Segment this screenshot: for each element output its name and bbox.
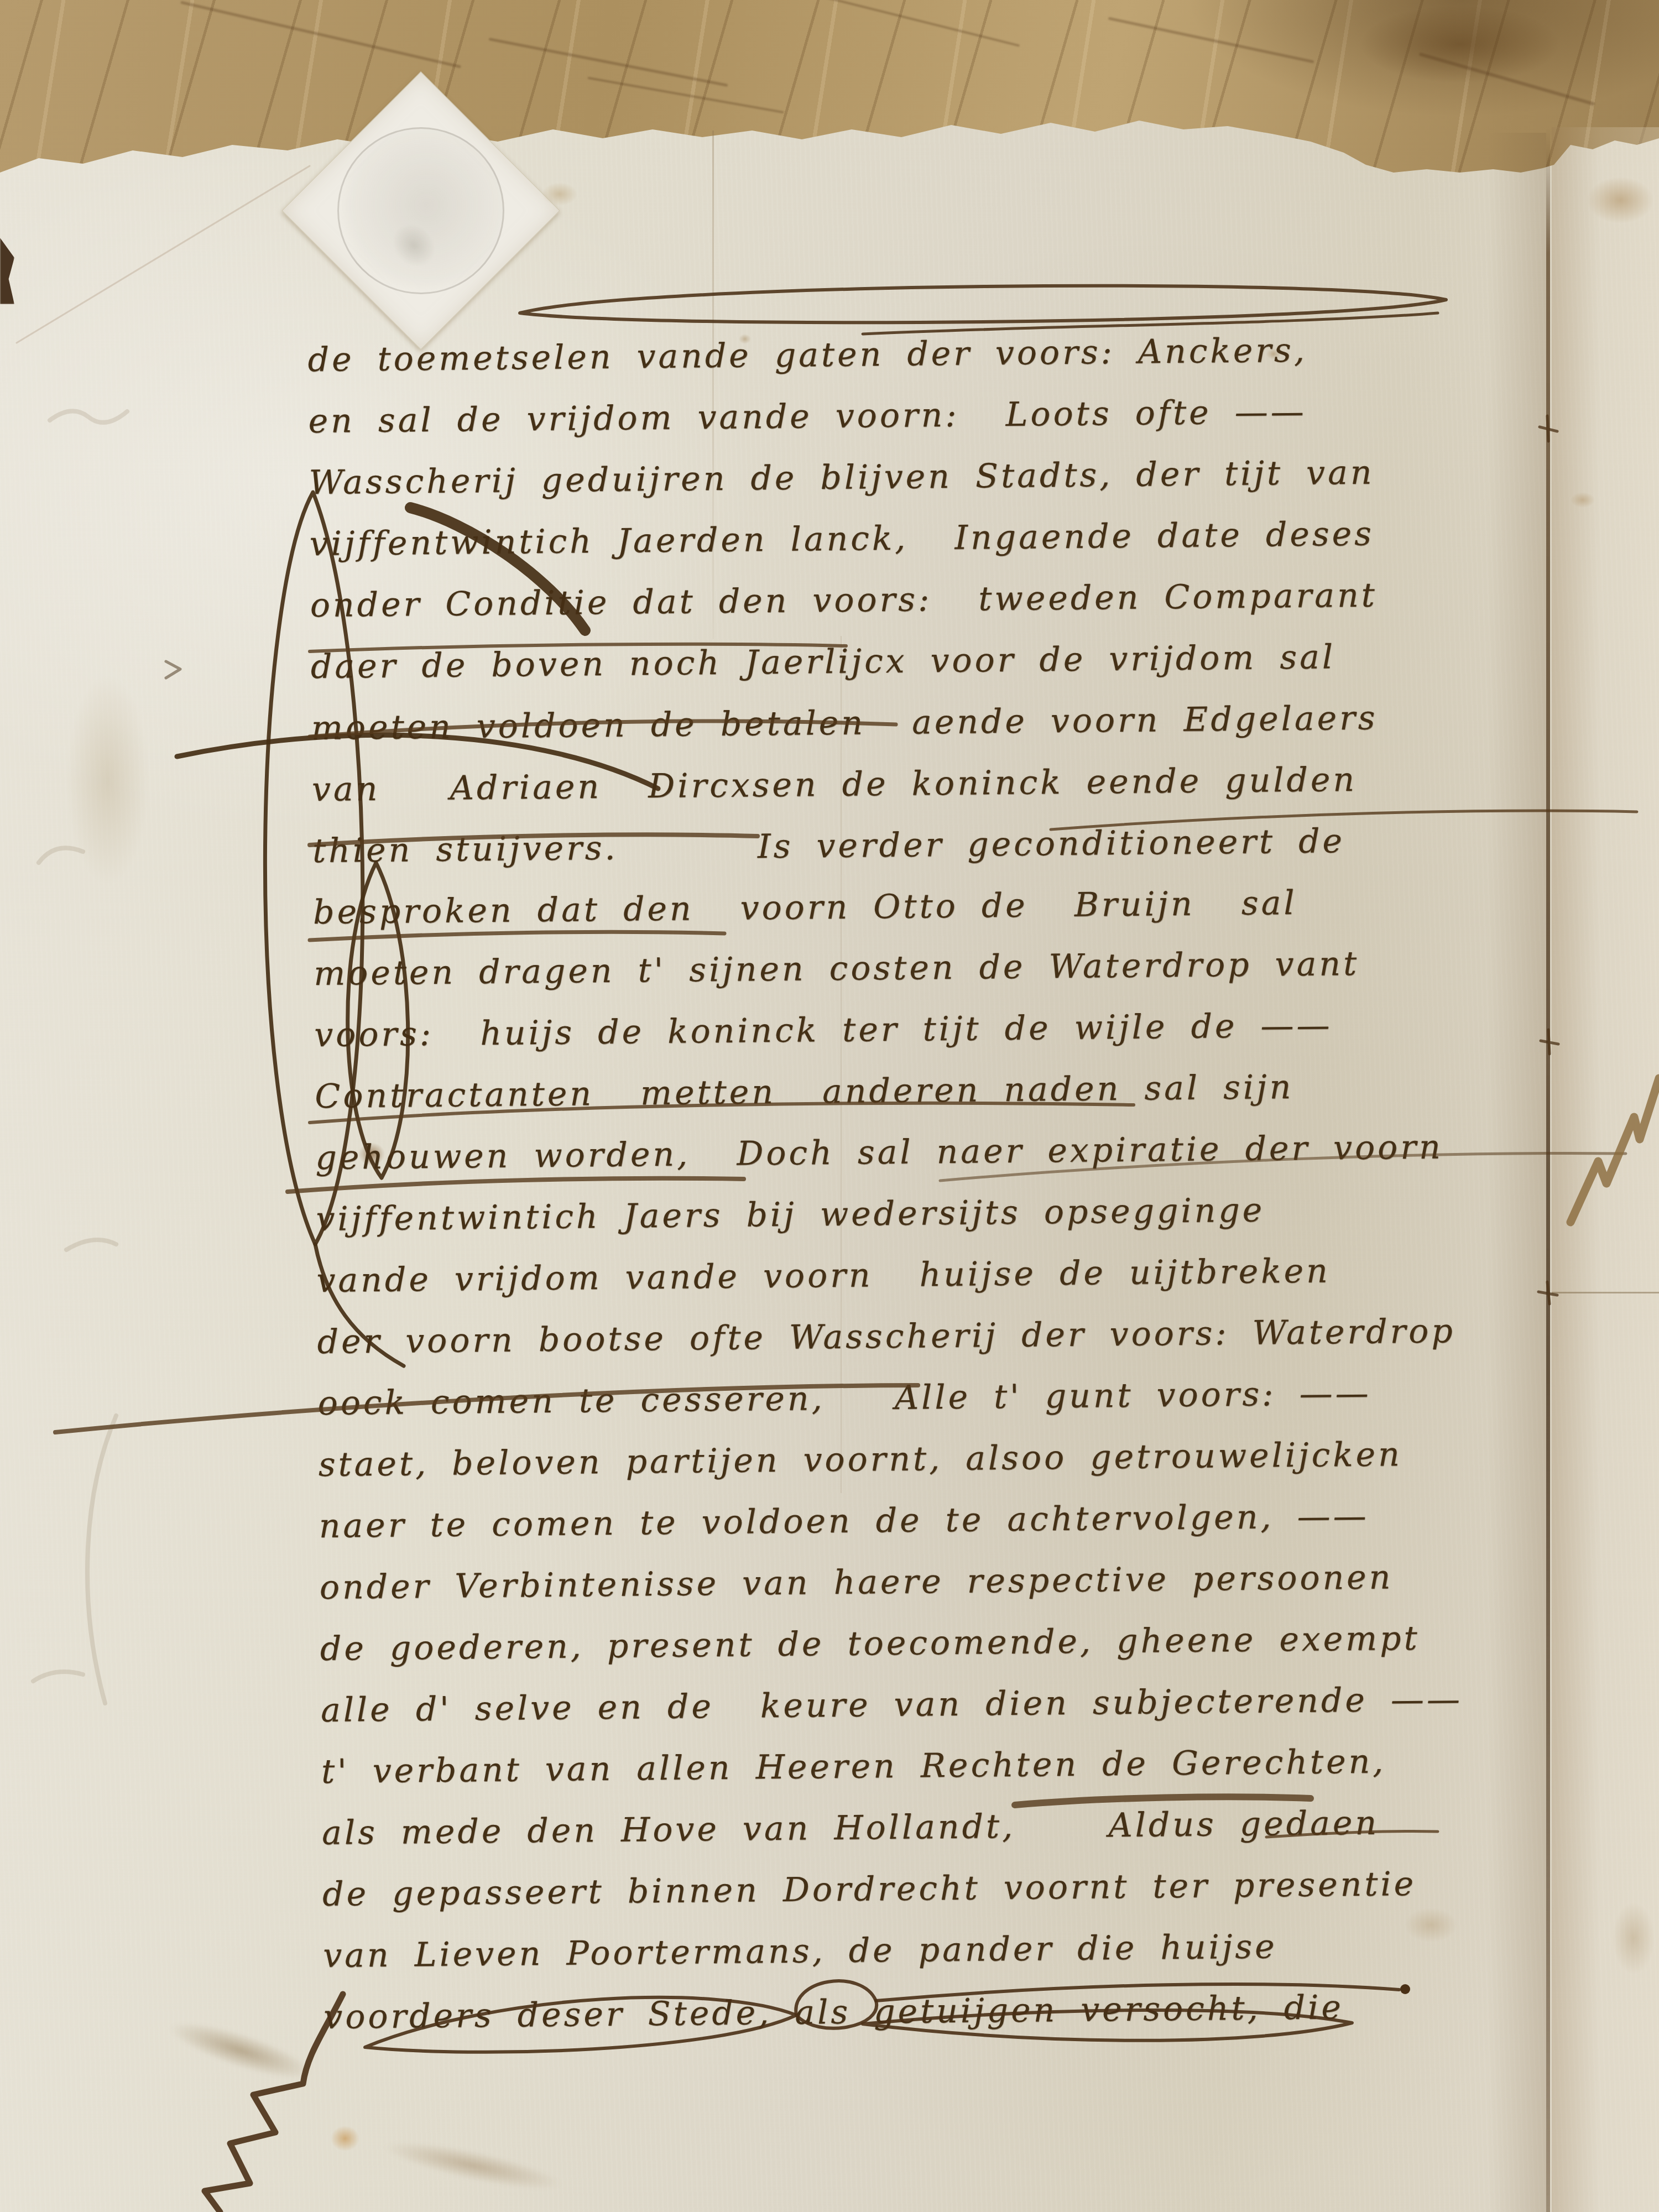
show-through-mark — [39, 848, 83, 863]
bottom-flourish — [796, 1981, 877, 2028]
margin-tick — [166, 661, 180, 678]
pen-flourishes — [0, 0, 1659, 2212]
bottom-flourish — [876, 1984, 1399, 2001]
margin-paraph — [315, 1244, 404, 1366]
show-through-mark — [50, 411, 127, 422]
margin-paraph — [410, 508, 585, 630]
margin-paraph — [348, 863, 408, 1178]
diagonal-crease — [17, 166, 310, 343]
show-through-mark — [33, 1672, 83, 1681]
fold-tick — [1540, 416, 1557, 441]
photo-of-manuscript: de toemetselen vande gaten der voors: An… — [0, 0, 1659, 2212]
bottom-flourish — [365, 1997, 796, 2052]
ink-rule — [1051, 811, 1637, 830]
fold-tick — [1538, 1282, 1557, 1304]
ink-rule — [55, 1385, 918, 1432]
ink-rule — [310, 834, 758, 845]
margin-paraph — [177, 735, 658, 789]
bottom-zigzag — [205, 1994, 343, 2212]
show-through-mark — [66, 1240, 116, 1250]
show-through-mark — [87, 1416, 116, 1703]
margin-paraph — [265, 492, 362, 1244]
top-flourish — [520, 286, 1446, 322]
ink-rule — [1015, 1797, 1311, 1805]
ink-rule — [288, 1178, 744, 1192]
ink-rule — [940, 1153, 1626, 1181]
bottom-flourish — [863, 2010, 1352, 2041]
ink-rule — [1266, 1831, 1438, 1837]
fold-tick — [1541, 1030, 1558, 1054]
ink-rule — [310, 932, 724, 940]
ink-rule — [310, 644, 846, 651]
flourish-end-dot — [1400, 1984, 1410, 1994]
margin-scribble — [1571, 1078, 1659, 1222]
ink-rule — [310, 1103, 1134, 1123]
